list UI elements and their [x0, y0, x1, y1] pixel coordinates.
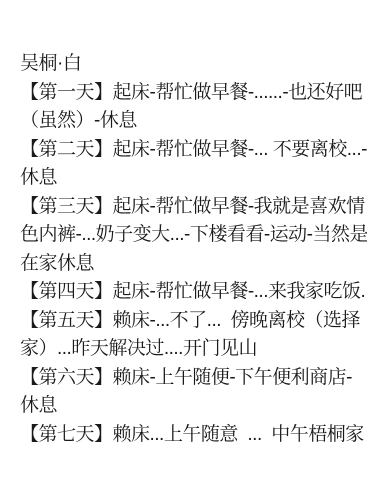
- schedule-document: 吴桐·白 【第一天】起床-帮忙做早餐-......-也还好吧 （虽然）-休息 【…: [0, 0, 375, 500]
- day7-line1: 【第七天】赖床...上午随意 ... 中午梧桐家: [20, 421, 367, 450]
- day1-line2: （虽然）-休息: [20, 107, 367, 136]
- day5-line2: 家）...昨天解决过....开门见山: [20, 335, 367, 364]
- character-name: 吴桐·白: [20, 50, 367, 79]
- day3-line3: 在家休息: [20, 250, 367, 279]
- day5-line1: 【第五天】赖床-...不了... 傍晚离校（选择: [20, 307, 367, 336]
- day3-line1: 【第三天】起床-帮忙做早餐-我就是喜欢情: [20, 193, 367, 222]
- day6-line2: 休息: [20, 392, 367, 421]
- day2-line1: 【第二天】起床-帮忙做早餐-... 不要离校...-: [20, 136, 367, 165]
- day3-line2: 色内裤-...奶子变大...-下楼看看-运动-当然是: [20, 221, 367, 250]
- day4-line1: 【第四天】起床-帮忙做早餐-...来我家吃饭...: [20, 278, 367, 307]
- day2-line2: 休息: [20, 164, 367, 193]
- day1-line1: 【第一天】起床-帮忙做早餐-......-也还好吧: [20, 79, 367, 108]
- day6-line1: 【第六天】赖床-上午随便-下午便利商店-: [20, 364, 367, 393]
